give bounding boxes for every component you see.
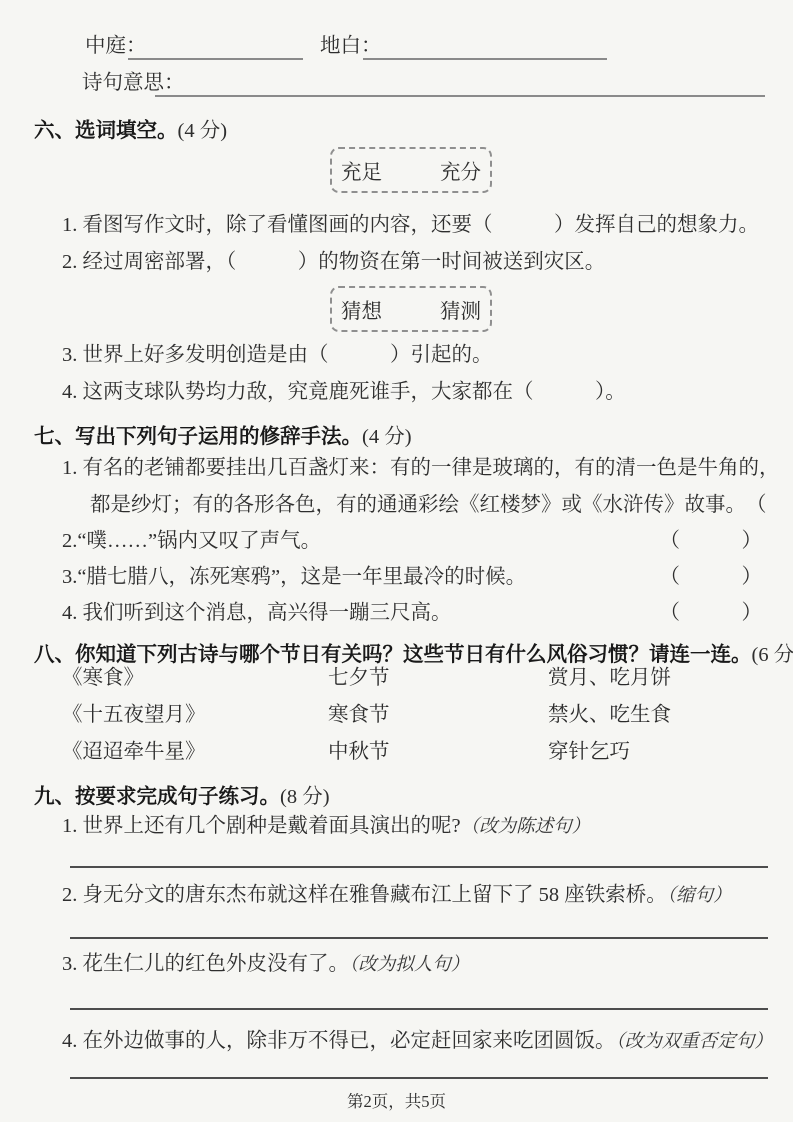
- festival-zhongqiu: 中秋节: [328, 742, 390, 763]
- section8-title-text: 八、你知道下列古诗与哪个节日有关吗？这些节日有什么风俗习惯？请连一连。: [34, 643, 752, 666]
- custom-shangyue: 赏月、吃月饼: [548, 668, 671, 689]
- word-choice-chongzu: 充足: [341, 155, 382, 185]
- section7-points: (4 分): [362, 426, 412, 448]
- answer-line-4: [70, 1077, 768, 1079]
- section6-title: 六、选词填空。(4 分): [34, 113, 227, 143]
- section7-item-4-answer-blank: （ ）: [660, 601, 763, 625]
- poem-tiaotiao: 《迢迢牵牛星》: [62, 742, 206, 763]
- fill-blank-line-zhongting: [128, 58, 303, 60]
- word-choice-box-2: 猜想 猜测: [330, 286, 492, 332]
- section6-title-text: 六、选词填空。: [34, 119, 178, 142]
- section7-item-1-answer-blank: （ ）: [746, 493, 793, 517]
- section7-item-2: 2.“噗……”锅内又叹了声气。 （ ）: [62, 529, 762, 553]
- section8-custom-column: 赏月、吃月饼 禁火、吃生食 穿针乞巧: [548, 668, 671, 763]
- section9-item-1-note: （改为陈述句）: [461, 817, 591, 837]
- section7-item-3-text: 3.“腊七腊八，冻死寒鸦”，这是一年里最冷的时候。: [62, 565, 526, 589]
- section6-item-2: 2. 经过周密部署，（ ）的物资在第一时间被送到灾区。: [62, 250, 605, 274]
- section7-title-text: 七、写出下列句子运用的修辞手法。: [34, 425, 362, 448]
- section7-item-2-text: 2.“噗……”锅内又叹了声气。: [62, 529, 321, 553]
- section7-item-4-text: 4. 我们听到这个消息，高兴得一蹦三尺高。: [62, 601, 452, 625]
- section9-title-text: 九、按要求完成句子练习。: [34, 785, 280, 808]
- custom-chuanzhen: 穿针乞巧: [548, 742, 671, 763]
- section8-title: 八、你知道下列古诗与哪个节日有关吗？这些节日有什么风俗习惯？请连一连。(6 分): [34, 637, 793, 667]
- fill-label-zhongting: 中庭：: [85, 34, 147, 58]
- page-number-footer: 第2页，共5页: [0, 1088, 793, 1112]
- section8-poem-column: 《寒食》 《十五夜望月》 《迢迢牵牛星》: [62, 668, 206, 763]
- answer-line-1: [70, 866, 768, 868]
- section7-item-4: 4. 我们听到这个消息，高兴得一蹦三尺高。 （ ）: [62, 601, 762, 625]
- section9-item-3: 3. 花生仁儿的红色外皮没有了。（改为拟人句）: [62, 952, 469, 977]
- section9-item-4: 4. 在外边做事的人，除非万不得已，必定赶回家来吃团圆饭。（改为双重否定句）: [62, 1029, 773, 1054]
- section6-item-4: 4. 这两支球队势均力敌，究竟鹿死谁手，大家都在（ ）。: [62, 380, 626, 404]
- section7-item-1-line1: 1. 有名的老铺都要挂出几百盏灯来：有的一律是玻璃的，有的清一色是牛角的，: [62, 456, 780, 480]
- section7-title: 七、写出下列句子运用的修辞手法。(4 分): [34, 419, 412, 449]
- section7-item-3: 3.“腊七腊八，冻死寒鸦”，这是一年里最冷的时候。 （ ）: [62, 565, 762, 589]
- fill-blank-line-dibai: [363, 58, 607, 60]
- word-choice-caixiang: 猜想: [341, 294, 382, 324]
- section9-title: 九、按要求完成句子练习。(8 分): [34, 779, 330, 809]
- poem-hanshi: 《寒食》: [62, 668, 206, 689]
- section7-item-1-text: 都是纱灯；有的各形各色，有的通通彩绘《红楼梦》或《水浒传》故事。: [90, 493, 746, 517]
- section9-item-2-text: 2. 身无分文的唐东杰布就这样在雅鲁藏布江上留下了 58 座铁索桥。: [62, 884, 667, 906]
- test-paper-page: 中庭： 地白： 诗句意思： 六、选词填空。(4 分) 充足 充分 1. 看图写作…: [0, 0, 793, 1122]
- festival-qixi: 七夕节: [328, 668, 390, 689]
- section9-item-3-note: （改为拟人句）: [349, 955, 469, 975]
- custom-jinhuo: 禁火、吃生食: [548, 705, 671, 726]
- answer-line-3: [70, 1008, 768, 1010]
- section9-item-1: 1. 世界上还有几个剧种是戴着面具演出的呢?（改为陈述句）: [62, 814, 590, 839]
- poem-shiwuye: 《十五夜望月》: [62, 705, 206, 726]
- section6-item-3: 3. 世界上好多发明创造是由（ ）引起的。: [62, 343, 493, 367]
- fill-label-dibai: 地白：: [320, 34, 382, 58]
- section9-item-2: 2. 身无分文的唐东杰布就这样在雅鲁藏布江上留下了 58 座铁索桥。（缩句）: [62, 883, 732, 908]
- word-choice-caice: 猜测: [440, 294, 481, 324]
- section7-item-3-answer-blank: （ ）: [660, 565, 763, 589]
- section9-points: (8 分): [280, 786, 330, 808]
- section7-item-2-answer-blank: （ ）: [660, 529, 763, 553]
- section9-item-1-text: 1. 世界上还有几个剧种是戴着面具演出的呢?: [62, 815, 461, 837]
- section8-festival-column: 七夕节 寒食节 中秋节: [328, 668, 390, 763]
- fill-blank-line-shiju: [155, 95, 765, 97]
- section9-item-2-note: （缩句）: [667, 886, 732, 906]
- festival-hanshi: 寒食节: [328, 705, 390, 726]
- section8-points: (6 分): [752, 644, 793, 666]
- word-choice-box-1: 充足 充分: [330, 147, 492, 193]
- answer-line-2: [70, 937, 768, 939]
- section6-points: (4 分): [178, 120, 228, 142]
- section7-item-1-line2: 都是纱灯；有的各形各色，有的通通彩绘《红楼梦》或《水浒传》故事。 （ ）: [90, 493, 762, 517]
- section9-item-4-text: 4. 在外边做事的人，除非万不得已，必定赶回家来吃团圆饭。: [62, 1030, 616, 1052]
- section9-item-4-note: （改为双重否定句）: [616, 1032, 773, 1052]
- section9-item-3-text: 3. 花生仁儿的红色外皮没有了。: [62, 953, 349, 975]
- section6-item-1: 1. 看图写作文时，除了看懂图画的内容，还要（ ）发挥自己的想象力。: [62, 213, 759, 237]
- word-choice-chongfen: 充分: [440, 155, 481, 185]
- fill-label-shiju: 诗句意思：: [82, 71, 185, 95]
